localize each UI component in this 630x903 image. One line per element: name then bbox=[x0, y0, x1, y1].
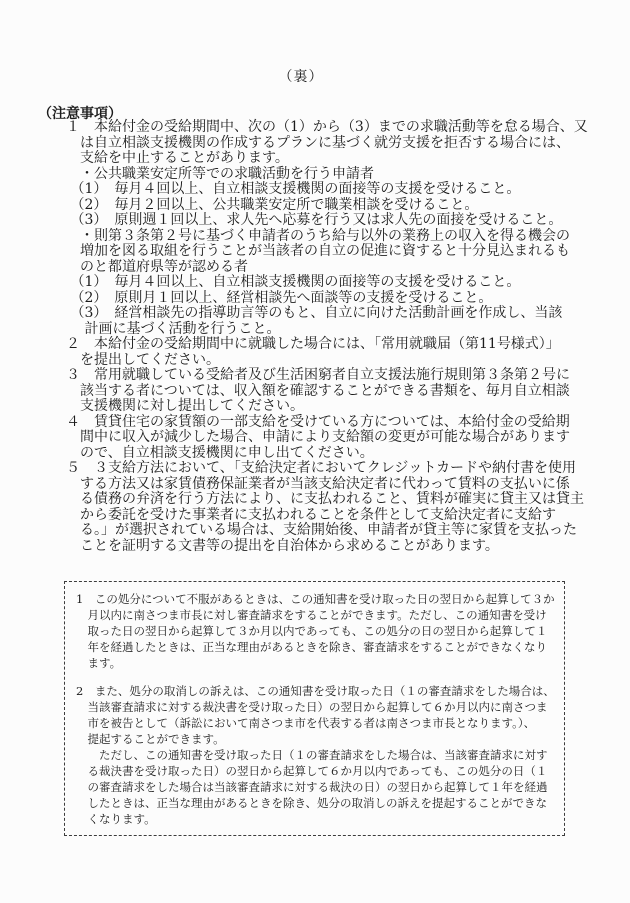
appeal-line: ます。 bbox=[76, 655, 553, 671]
notice-line: する方法又は家賃債務保証業者が当該支給決定者に代わって賃料の支払いに係 bbox=[38, 477, 613, 493]
notice-line: ことを証明する文書等の提出を自治体から求めることがあります。 bbox=[38, 539, 613, 555]
paragraph-spacer bbox=[76, 671, 553, 683]
notice-line: 支援機関に対し提出してください。 bbox=[38, 399, 613, 415]
notice-line: （1） 毎月４回以上、自立相談支援機関の面接等の支援を受けること。 bbox=[38, 275, 613, 291]
notice-line: 計画に基づく活動を行うこと。 bbox=[38, 322, 613, 338]
notice-line: る。」が選択されている場合は、支給開始後、申請者が貸主等に家賃を支払った bbox=[38, 523, 613, 539]
notice-line: １ 本給付金の受給期間中、次の（1）から（3）までの求職活動等を怠る場合、又 bbox=[38, 120, 613, 136]
appeal-info-box: 1 この処分について不服があるときは、この通知書を受け取った日の翌日から起算して… bbox=[64, 581, 565, 836]
appeal-line: 月以内に南さつま市長に対し審査請求をすることができます。ただし、この通知書を受け bbox=[76, 607, 553, 623]
notice-line: ・公共職業安定所等での求職活動を行う申請者 bbox=[38, 167, 613, 183]
appeal-line: くなります。 bbox=[76, 811, 553, 827]
notice-line: は自立相談支援機関の作成するプランに基づく就労支援を拒否する場合には、 bbox=[38, 136, 613, 152]
appeal-paragraph-2: 2 また、処分の取消しの訴えは、この通知書を受け取った日（１の審査請求をした場合… bbox=[76, 683, 553, 827]
notice-line: （2） 毎月２回以上、公共職業安定所で職業相談を受けること。 bbox=[38, 198, 613, 214]
notice-line: ４ 賃貸住宅の家賃額の一部支給を受けている方については、本給付金の受給期 bbox=[38, 415, 613, 431]
notice-line: （2） 原則月１回以上、経営相談先へ面談等の支援を受けること。 bbox=[38, 291, 613, 307]
appeal-line: 取った日の翌日から起算して３か月以内であっても、この処分の日の翌日から起算して１ bbox=[76, 623, 553, 639]
appeal-paragraph-1: 1 この処分について不服があるときは、この通知書を受け取った日の翌日から起算して… bbox=[76, 591, 553, 671]
page-side-label: （裏） bbox=[0, 66, 616, 86]
notice-line: ３ 常用就職している受給者及び生活困窮者自立支援法施行規則第３条第２号に bbox=[38, 368, 613, 384]
appeal-line: の審査請求をした場合は当該審査請求に対する裁決の日）の翌日から起算して１年を経過 bbox=[76, 779, 553, 795]
notice-line: ・則第３条第２号に基づく申請者のうち給与以外の業務上の収入を得る機会の bbox=[38, 229, 613, 245]
notice-line: ５ ３支給方法において、「支給決定者においてクレジットカードや納付書を使用 bbox=[38, 461, 613, 477]
appeal-line: したときは、正当な理由があるときを除き、処分の取消しの訴えを提起することができな bbox=[76, 795, 553, 811]
notice-line: る債務の弁済を行う方法により、に支払われること、賃料が確実に貸主又は貸主 bbox=[38, 492, 613, 508]
notice-line: から委託を受けた事業者に支払われることを条件として支給決定者に支給す bbox=[38, 508, 613, 524]
notice-line: 支給を中止することがあります。 bbox=[38, 151, 613, 167]
appeal-line: る裁決書を受け取った日）の翌日から起算して６か月以内であっても、この処分の日（１ bbox=[76, 763, 553, 779]
notice-line: を提出してください。 bbox=[38, 353, 613, 369]
appeal-line: 2 また、処分の取消しの訴えは、この通知書を受け取った日（１の審査請求をした場合… bbox=[76, 683, 553, 699]
notice-line: （3） 経営相談先の指導助言等のもと、自立に向けた活動計画を作成し、当該 bbox=[38, 306, 613, 322]
notice-line: のと都道府県等が認める者 bbox=[38, 260, 613, 276]
notice-line: （3） 原則週１回以上、求人先へ応募を行う又は求人先の面接を受けること。 bbox=[38, 213, 613, 229]
appeal-line: 1 この処分について不服があるときは、この通知書を受け取った日の翌日から起算して… bbox=[76, 591, 553, 607]
notice-line: 該当する者については、収入額を確認することができる書類を、毎月自立相談 bbox=[38, 384, 613, 400]
appeal-line: 市を被告として（訴訟において南さつま市を代表する者は南さつま市長となります。）、 bbox=[76, 715, 553, 731]
notice-line: 増加を図る取組を行うことが当該者の自立の促進に資すると十分見込まれるも bbox=[38, 244, 613, 260]
notice-section: １ 本給付金の受給期間中、次の（1）から（3）までの求職活動等を怠る場合、又 は… bbox=[38, 120, 613, 554]
notice-line: ２ 本給付金の受給期間中に就職した場合には、「常用就職届（第11号様式）」 bbox=[38, 337, 613, 353]
notice-line: ので、自立相談支援機関に申し出てください。 bbox=[38, 446, 613, 462]
appeal-line: ただし、この通知書を受け取った日（１の審査請求をした場合は、当該審査請求に対す bbox=[76, 747, 553, 763]
appeal-line: 年を経過したときは、正当な理由があるときを除き、審査請求をすることができなくなり bbox=[76, 639, 553, 655]
appeal-line: 当該審査請求に対する裁決書を受け取った日）の翌日から起算して６か月以内に南さつま bbox=[76, 699, 553, 715]
notice-line: 間中に収入が減少した場合、申請により支給額の変更が可能な場合があります bbox=[38, 430, 613, 446]
notice-line: （1） 毎月４回以上、自立相談支援機関の面接等の支援を受けること。 bbox=[38, 182, 613, 198]
document-page: （裏） （注意事項） １ 本給付金の受給期間中、次の（1）から（3）までの求職活… bbox=[0, 0, 630, 903]
appeal-line: 提起することができます。 bbox=[76, 731, 553, 747]
